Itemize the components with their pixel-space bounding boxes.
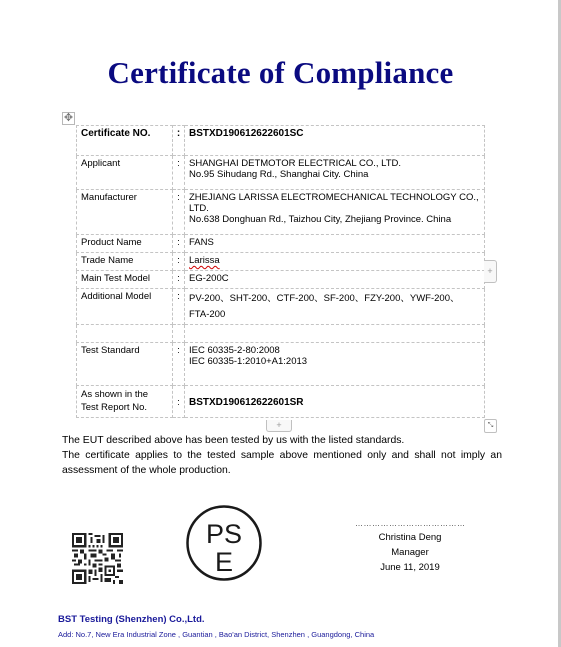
label-test-report-no: As shown in the Test Report No. [77,386,173,418]
applicant-name: SHANGHAI DETMOTOR ELECTRICAL CO., LTD. [189,158,480,169]
value-certificate-no: BSTXD190612622601SC [185,126,485,156]
table-row-main-test-model: Main Test Model : EG-200C [77,271,485,289]
signature-line: …………………………………… [355,520,465,530]
colon: : [173,289,185,325]
empty-cell [77,325,173,343]
empty-cell [185,325,485,343]
move-cross-icon[interactable]: ✥ [62,112,75,125]
manufacturer-address: No.638 Donghuan Rd., Taizhou City, Zheji… [189,214,480,225]
value-additional-model: PV-200、SHT-200、CTF-200、SF-200、FZY-200、YW… [185,289,485,325]
table-row-product-name: Product Name : FANS [77,235,485,253]
add-row-button[interactable]: + [266,420,292,432]
label-trade-name: Trade Name [77,253,173,271]
footer-address: Add: No.7, New Era Industrial Zone , Gua… [58,630,374,639]
qr-code-icon [71,533,124,584]
applicant-address: No.95 Sihudang Rd., Shanghai City. China [189,169,480,180]
value-test-report-no: BSTXD190612622601SR [185,386,485,418]
table-row-test-standard: Test Standard : IEC 60335-2-80:2008 IEC … [77,343,485,386]
additional-model-line2: FTA-200 [189,307,480,323]
empty-cell [173,325,185,343]
colon: : [173,386,185,418]
statement-line2: The certificate applies to the tested sa… [62,449,502,478]
label-certificate-no: Certificate NO. [77,126,173,156]
test-standard-1: IEC 60335-2-80:2008 [189,345,480,356]
document-title: Certificate of Compliance [0,55,561,91]
label-applicant: Applicant [77,156,173,190]
colon: : [173,190,185,235]
value-manufacturer: ZHEJIANG LARISSA ELECTROMECHANICAL TECHN… [185,190,485,235]
colon: : [173,156,185,190]
label-line1: As shown in the [81,388,168,401]
pse-mark-icon: PS E [185,504,263,582]
value-test-standard: IEC 60335-2-80:2008 IEC 60335-1:2010+A1:… [185,343,485,386]
colon: : [173,126,185,156]
table-row-applicant: Applicant : SHANGHAI DETMOTOR ELECTRICAL… [77,156,485,190]
colon: : [173,271,185,289]
colon: : [173,253,185,271]
manufacturer-name-line2: LTD. [189,203,480,214]
value-product-name: FANS [185,235,485,253]
signatory-role: Manager [355,545,465,560]
table-resize-handle-icon[interactable]: ⤡ [484,419,497,433]
value-trade-name: Larissa [185,253,485,271]
label-line2: Test Report No. [81,401,168,414]
pse-letters-top: PS [206,519,242,549]
table-row-additional-model: Additional Model : PV-200、SHT-200、CTF-20… [77,289,485,325]
signature-date: June 11, 2019 [355,560,465,575]
add-column-button[interactable]: + [484,260,497,283]
footer-company-name: BST Testing (Shenzhen) Co.,Ltd. [58,614,205,625]
statement-line1: The EUT described above has been tested … [62,434,502,449]
table-row-empty [77,325,485,343]
table-row-trade-name: Trade Name : Larissa [77,253,485,271]
table-row-certificate-no: Certificate NO. : BSTXD190612622601SC [77,126,485,156]
label-product-name: Product Name [77,235,173,253]
manufacturer-name-line1: ZHEJIANG LARISSA ELECTROMECHANICAL TECHN… [189,192,480,203]
label-test-standard: Test Standard [77,343,173,386]
table-row-test-report-no: As shown in the Test Report No. : BSTXD1… [77,386,485,418]
colon: : [173,235,185,253]
label-main-test-model: Main Test Model [77,271,173,289]
value-main-test-model: EG-200C [185,271,485,289]
label-additional-model: Additional Model [77,289,173,325]
value-applicant: SHANGHAI DETMOTOR ELECTRICAL CO., LTD. N… [185,156,485,190]
pse-letter-bottom: E [215,547,233,577]
label-manufacturer: Manufacturer [77,190,173,235]
colon: : [173,343,185,386]
certificate-details-table: Certificate NO. : BSTXD190612622601SC Ap… [76,125,485,418]
trade-name-text: Larissa [189,255,220,266]
signature-block: …………………………………… Christina Deng Manager Ju… [355,520,465,575]
additional-model-line1: PV-200、SHT-200、CTF-200、SF-200、FZY-200、YW… [189,291,480,307]
table-row-manufacturer: Manufacturer : ZHEJIANG LARISSA ELECTROM… [77,190,485,235]
signatory-name: Christina Deng [355,530,465,545]
applicant-address-text: No.95 Sihudang Rd., Shanghai City. China [189,169,368,180]
test-standard-2: IEC 60335-1:2010+A1:2013 [189,356,480,367]
